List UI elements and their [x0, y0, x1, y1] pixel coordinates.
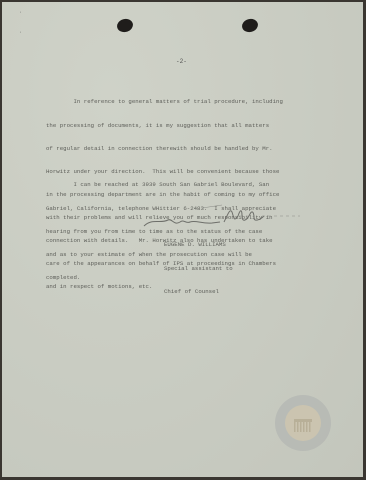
document-page: · · -2- In reference to general matters …	[2, 2, 363, 477]
signer-name: EUGENE D. WILLIAMS	[164, 241, 233, 249]
rotunda-icon	[294, 419, 312, 432]
signer-title: Special assistant to	[164, 265, 233, 273]
paragraph-2: I can be reached at 3939 South San Gabri…	[46, 166, 276, 297]
signer-title: Chief of Counsel	[164, 288, 233, 296]
text-line: completed.	[46, 274, 276, 282]
text-line: and as to your estimate of when the pros…	[46, 251, 276, 259]
text-line: In reference to general matters of trial…	[46, 98, 283, 106]
margin-mark: ·	[19, 10, 22, 16]
margin-mark: ·	[19, 30, 22, 36]
page-number: -2-	[176, 58, 187, 65]
text-line: the processing of documents, it is my su…	[46, 122, 283, 130]
university-seal-watermark	[275, 395, 331, 451]
punch-hole	[241, 17, 260, 34]
seal-icon	[285, 405, 321, 441]
text-line: I can be reached at 3939 South San Gabri…	[46, 181, 276, 189]
signature-block: EUGENE D. WILLIAMS Special assistant to …	[164, 226, 233, 311]
punch-hole	[116, 17, 135, 34]
text-line: of regular detail in connection therewit…	[46, 145, 283, 153]
